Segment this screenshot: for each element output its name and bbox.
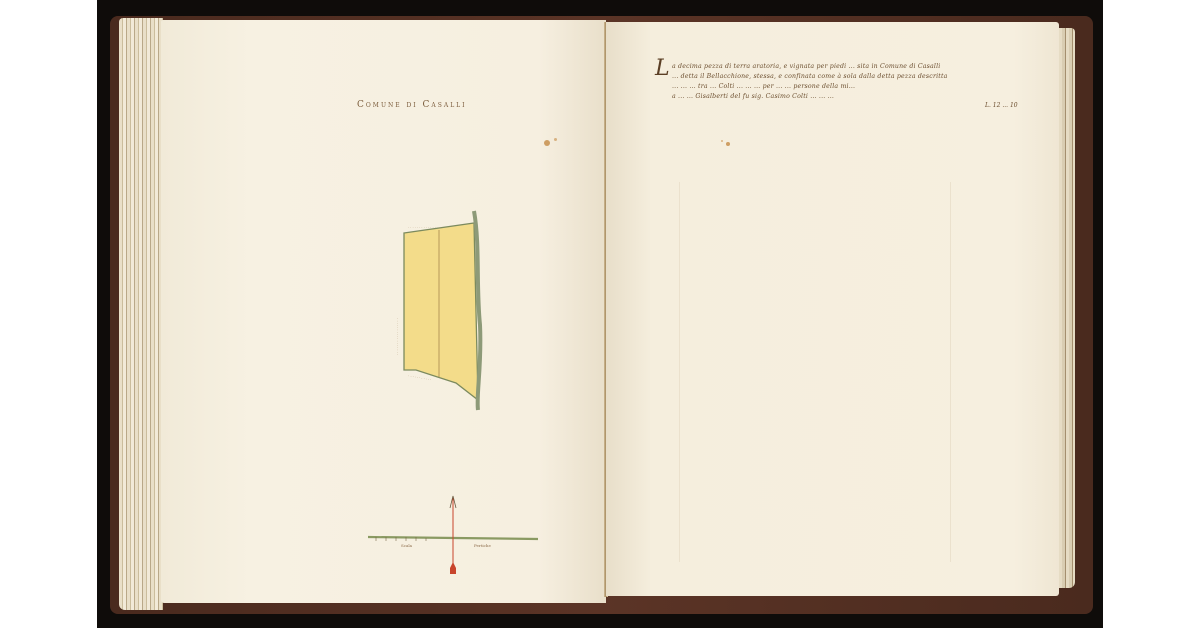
ink-stain: [726, 142, 730, 146]
entry-line: ... ... ... tra ... Colti ... ... ... pe…: [662, 82, 1022, 92]
left-page: Comune di Casalli · · · · · · · · · · · …: [161, 20, 606, 603]
register-entry: L a decima pezza di terra aratoria, e vi…: [662, 62, 1022, 102]
entry-line: a ... ... Gisalberti del fu sig. Casimo …: [662, 92, 1022, 102]
scale-label-right: Pertiche: [474, 543, 491, 548]
entry-line: ... detta il Bellacchione, stessa, e con…: [662, 72, 1022, 82]
entry-initial: L: [655, 58, 670, 80]
ink-stain: [554, 138, 557, 141]
ruled-margin-left: [679, 182, 680, 562]
svg-text:· · · · · · · · · · ·: · · · · · · · · · · ·: [408, 374, 432, 382]
ruled-margin-right: [950, 182, 951, 562]
svg-text:· · · · · · · · · · · · · · ·: · · · · · · · · · · · · · · · · ·: [396, 318, 400, 355]
parcel-map: · · · · · · · · · · · · · · · · · · · · …: [396, 205, 491, 415]
ink-stain: [544, 140, 550, 146]
ink-stain: [721, 140, 723, 142]
svg-text:· · · · · · · · · · · · · · ·: · · · · · · · · · · · · · · · ·: [408, 226, 443, 230]
entry-amount: L. 12 ... 10: [985, 102, 1018, 109]
page-heading: Comune di Casalli: [357, 100, 467, 110]
scale-label-left: Scala: [401, 543, 413, 548]
entry-line: a decima pezza di terra aratoria, e vign…: [662, 62, 1022, 72]
book-photograph: Comune di Casalli · · · · · · · · · · · …: [97, 0, 1103, 628]
scale-bar-and-north-arrow: Scala Pertiche: [366, 490, 546, 580]
page-edges-left: [119, 18, 163, 610]
